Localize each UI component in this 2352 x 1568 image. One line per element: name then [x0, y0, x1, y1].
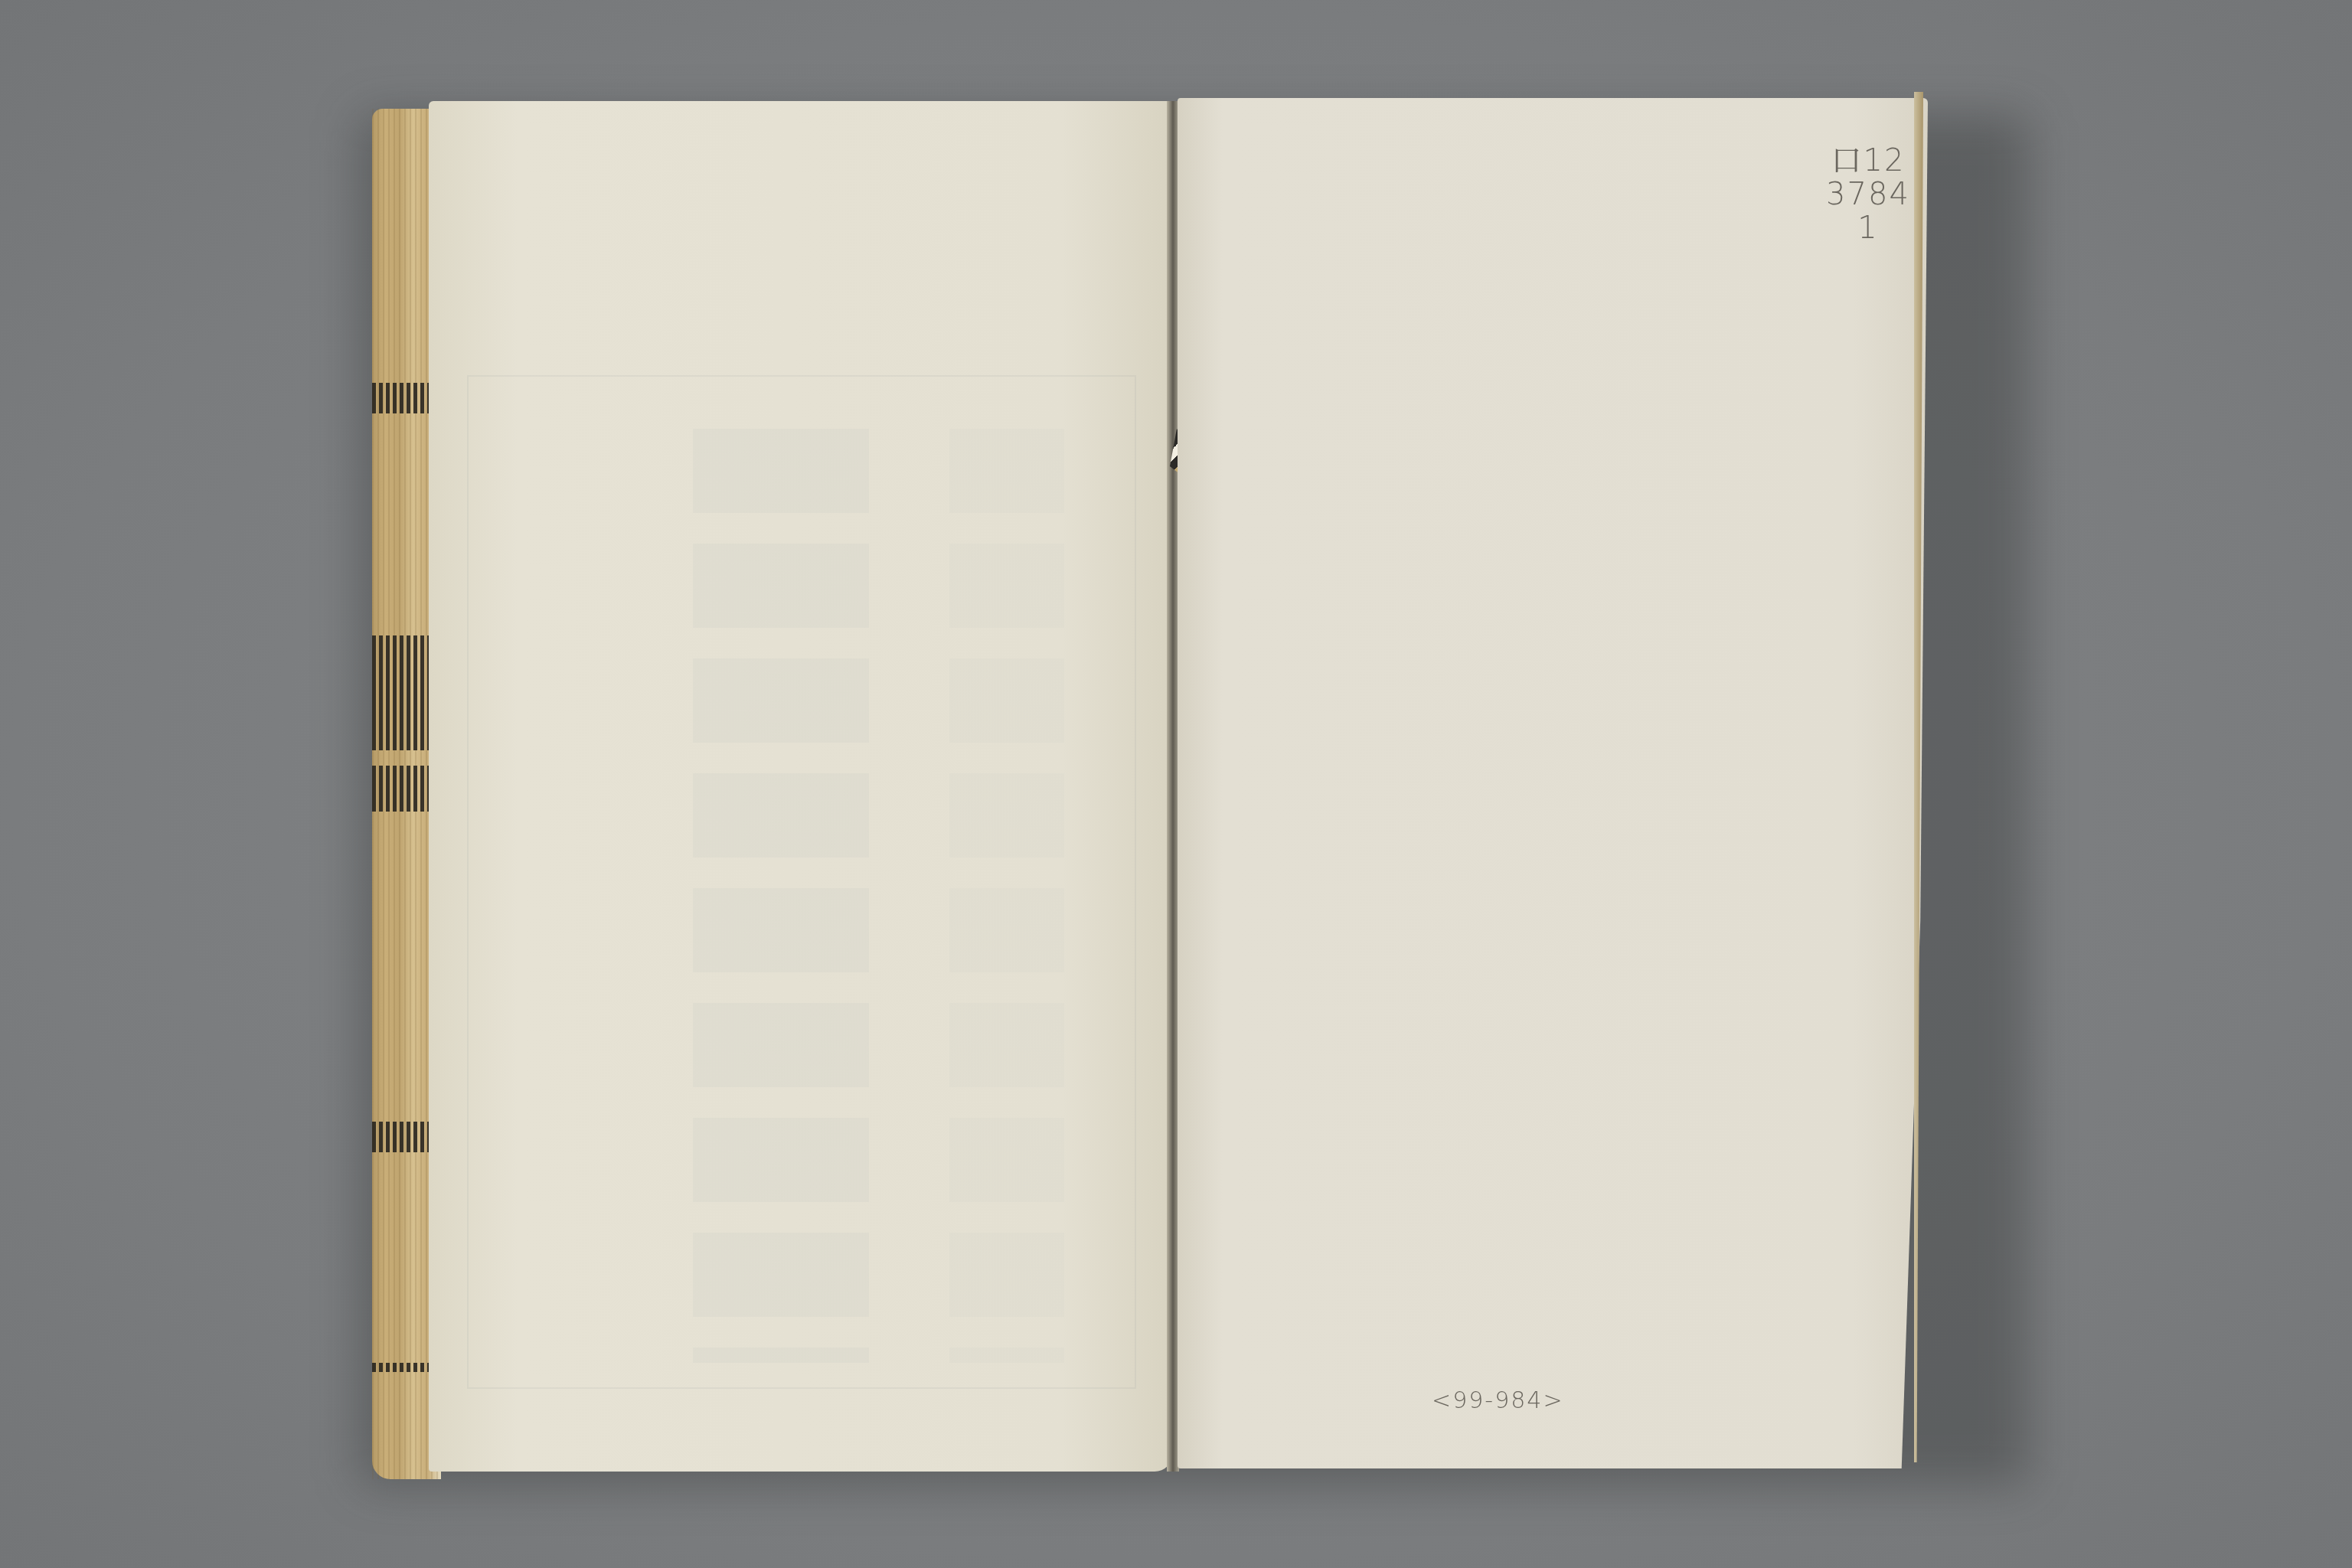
- show-through-title: [693, 429, 869, 1363]
- call-number-line3: 1: [1826, 211, 1910, 245]
- right-page: [1178, 98, 1928, 1468]
- call-number-annotation: 口12 3784 1: [1826, 144, 1910, 245]
- show-through-text: [949, 429, 1064, 1363]
- open-book: 口12 3784 1 <99-984>: [0, 0, 2352, 1568]
- call-number-line2: 3784: [1826, 178, 1910, 211]
- call-number-line1: 口12: [1826, 144, 1910, 178]
- binding-gutter: [1167, 101, 1179, 1472]
- catalog-id-annotation: <99-984>: [1432, 1387, 1564, 1414]
